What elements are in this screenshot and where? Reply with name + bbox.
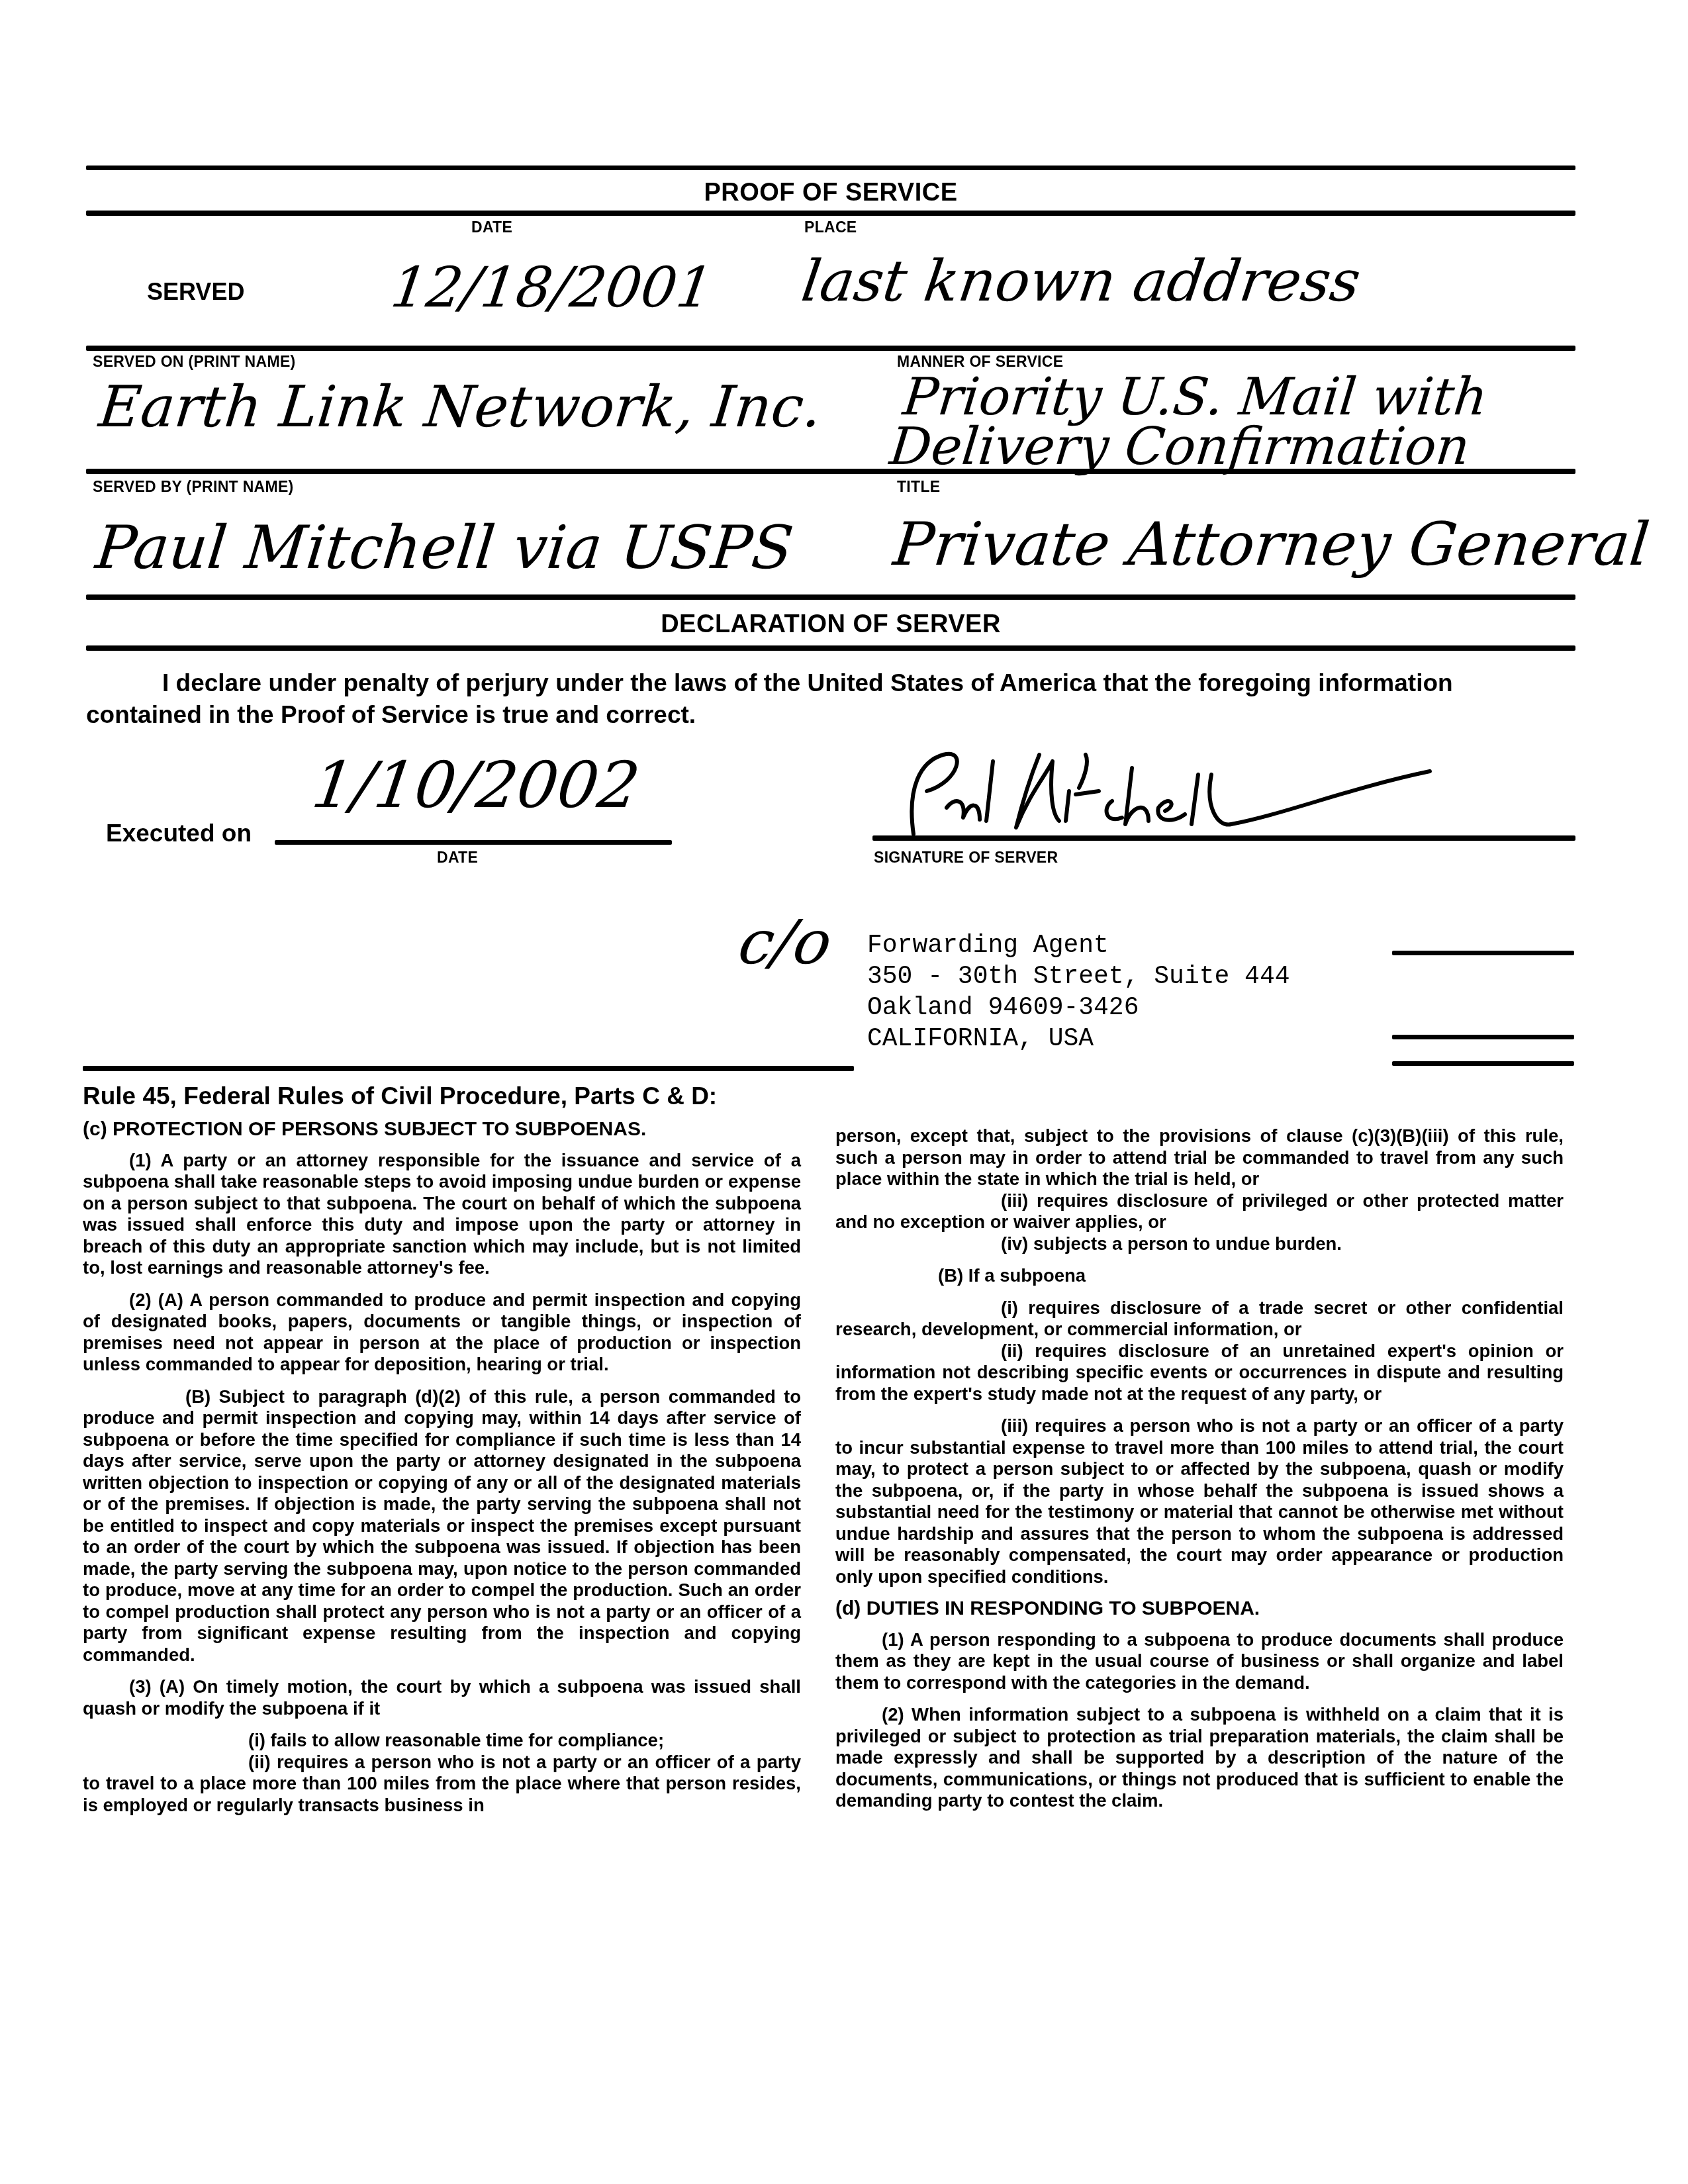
signature-line	[872, 835, 1575, 841]
paragraph-d1: (1) A person responding to a subpoena to…	[835, 1629, 1564, 1694]
manner-line2-field[interactable]: Delivery Confirmation	[887, 417, 1473, 477]
rule-above-rule45	[83, 1066, 854, 1071]
signature-label: SIGNATURE OF SERVER	[874, 849, 1058, 867]
declaration-statement-line2: contained in the Proof of Service is tru…	[86, 699, 696, 731]
executed-on-label: Executed on	[106, 818, 252, 849]
rule-above-declaration	[86, 594, 1575, 600]
care-of-line-4: CALIFORNIA, USA	[867, 1023, 1094, 1055]
paragraph-c3a: (3) (A) On timely motion, the court by w…	[83, 1676, 801, 1719]
paragraph-d2: (2) When information subject to a subpoe…	[835, 1704, 1564, 1812]
executed-date-label: DATE	[437, 849, 478, 867]
served-label: SERVED	[147, 278, 244, 306]
title-field[interactable]: Private Attorney General	[890, 510, 1652, 579]
date-label: DATE	[471, 218, 512, 236]
served-by-label: SERVED BY (PRINT NAME)	[93, 478, 294, 496]
section-d-heading: (d) DUTIES IN RESPONDING TO SUBPOENA.	[835, 1598, 1564, 1620]
paragraph-c3b: (B) If a subpoena	[835, 1265, 1564, 1287]
served-on-label: SERVED ON (PRINT NAME)	[93, 353, 295, 371]
signature-field[interactable]	[887, 735, 1483, 847]
section-c-heading: (c) PROTECTION OF PERSONS SUBJECT TO SUB…	[83, 1119, 801, 1141]
rule-below-served-on	[86, 469, 1575, 474]
paragraph-c3b-iii: (iii) requires a person who is not a par…	[835, 1415, 1564, 1588]
paragraph-c3b-ii: (ii) requires disclosure of an unretaine…	[835, 1341, 1564, 1405]
declaration-title: DECLARATION OF SERVER	[86, 610, 1575, 639]
declaration-statement-line1: I declare under penalty of perjury under…	[162, 667, 1453, 699]
paragraph-c1: (1) A party or an attorney responsible f…	[83, 1150, 801, 1279]
address-mark-2	[1392, 1035, 1574, 1039]
care-of-mark: c/o	[733, 907, 837, 978]
top-rule	[86, 166, 1575, 170]
rule-below-served	[86, 346, 1575, 351]
rule45-left-column: (c) PROTECTION OF PERSONS SUBJECT TO SUB…	[83, 1119, 801, 1816]
served-place-field[interactable]: last known address	[798, 248, 1364, 314]
paragraph-c3a-iv: (iv) subjects a person to undue burden.	[835, 1233, 1564, 1255]
paragraph-c2b: (B) Subject to paragraph (d)(2) of this …	[83, 1386, 801, 1666]
address-mark-3	[1392, 1061, 1574, 1066]
rule45-title: Rule 45, Federal Rules of Civil Procedur…	[83, 1082, 717, 1110]
paragraph-c3a-i: (i) fails to allow reasonable time for c…	[83, 1730, 801, 1752]
care-of-line-1: Forwarding Agent	[867, 930, 1109, 961]
served-date-field[interactable]: 12/18/2001	[387, 255, 717, 320]
rule-below-title	[86, 211, 1575, 216]
paragraph-c2a: (2) (A) A person commanded to produce an…	[83, 1290, 801, 1376]
address-mark-1	[1392, 951, 1574, 955]
paragraph-c3a-ii: (ii) requires a person who is not a part…	[83, 1752, 801, 1817]
rule-below-declaration	[86, 645, 1575, 651]
care-of-line-3: Oakland 94609-3426	[867, 992, 1139, 1023]
rule45-right-column: person, except that, subject to the prov…	[835, 1125, 1564, 1812]
served-on-field[interactable]: Earth Link Network, Inc.	[96, 374, 825, 440]
title-label: TITLE	[897, 478, 940, 496]
executed-date-field[interactable]: 1/10/2002	[308, 748, 644, 822]
paragraph-c3a-ii-cont: person, except that, subject to the prov…	[835, 1125, 1564, 1190]
paragraph-c3a-iii: (iii) requires disclosure of privileged …	[835, 1190, 1564, 1233]
proof-of-service-title: PROOF OF SERVICE	[86, 179, 1575, 207]
served-by-field[interactable]: Paul Mitchell via USPS	[93, 513, 796, 583]
care-of-line-2: 350 - 30th Street, Suite 444	[867, 961, 1290, 992]
place-label: PLACE	[804, 218, 857, 236]
executed-date-line	[275, 840, 672, 845]
paragraph-c3b-i: (i) requires disclosure of a trade secre…	[835, 1298, 1564, 1341]
